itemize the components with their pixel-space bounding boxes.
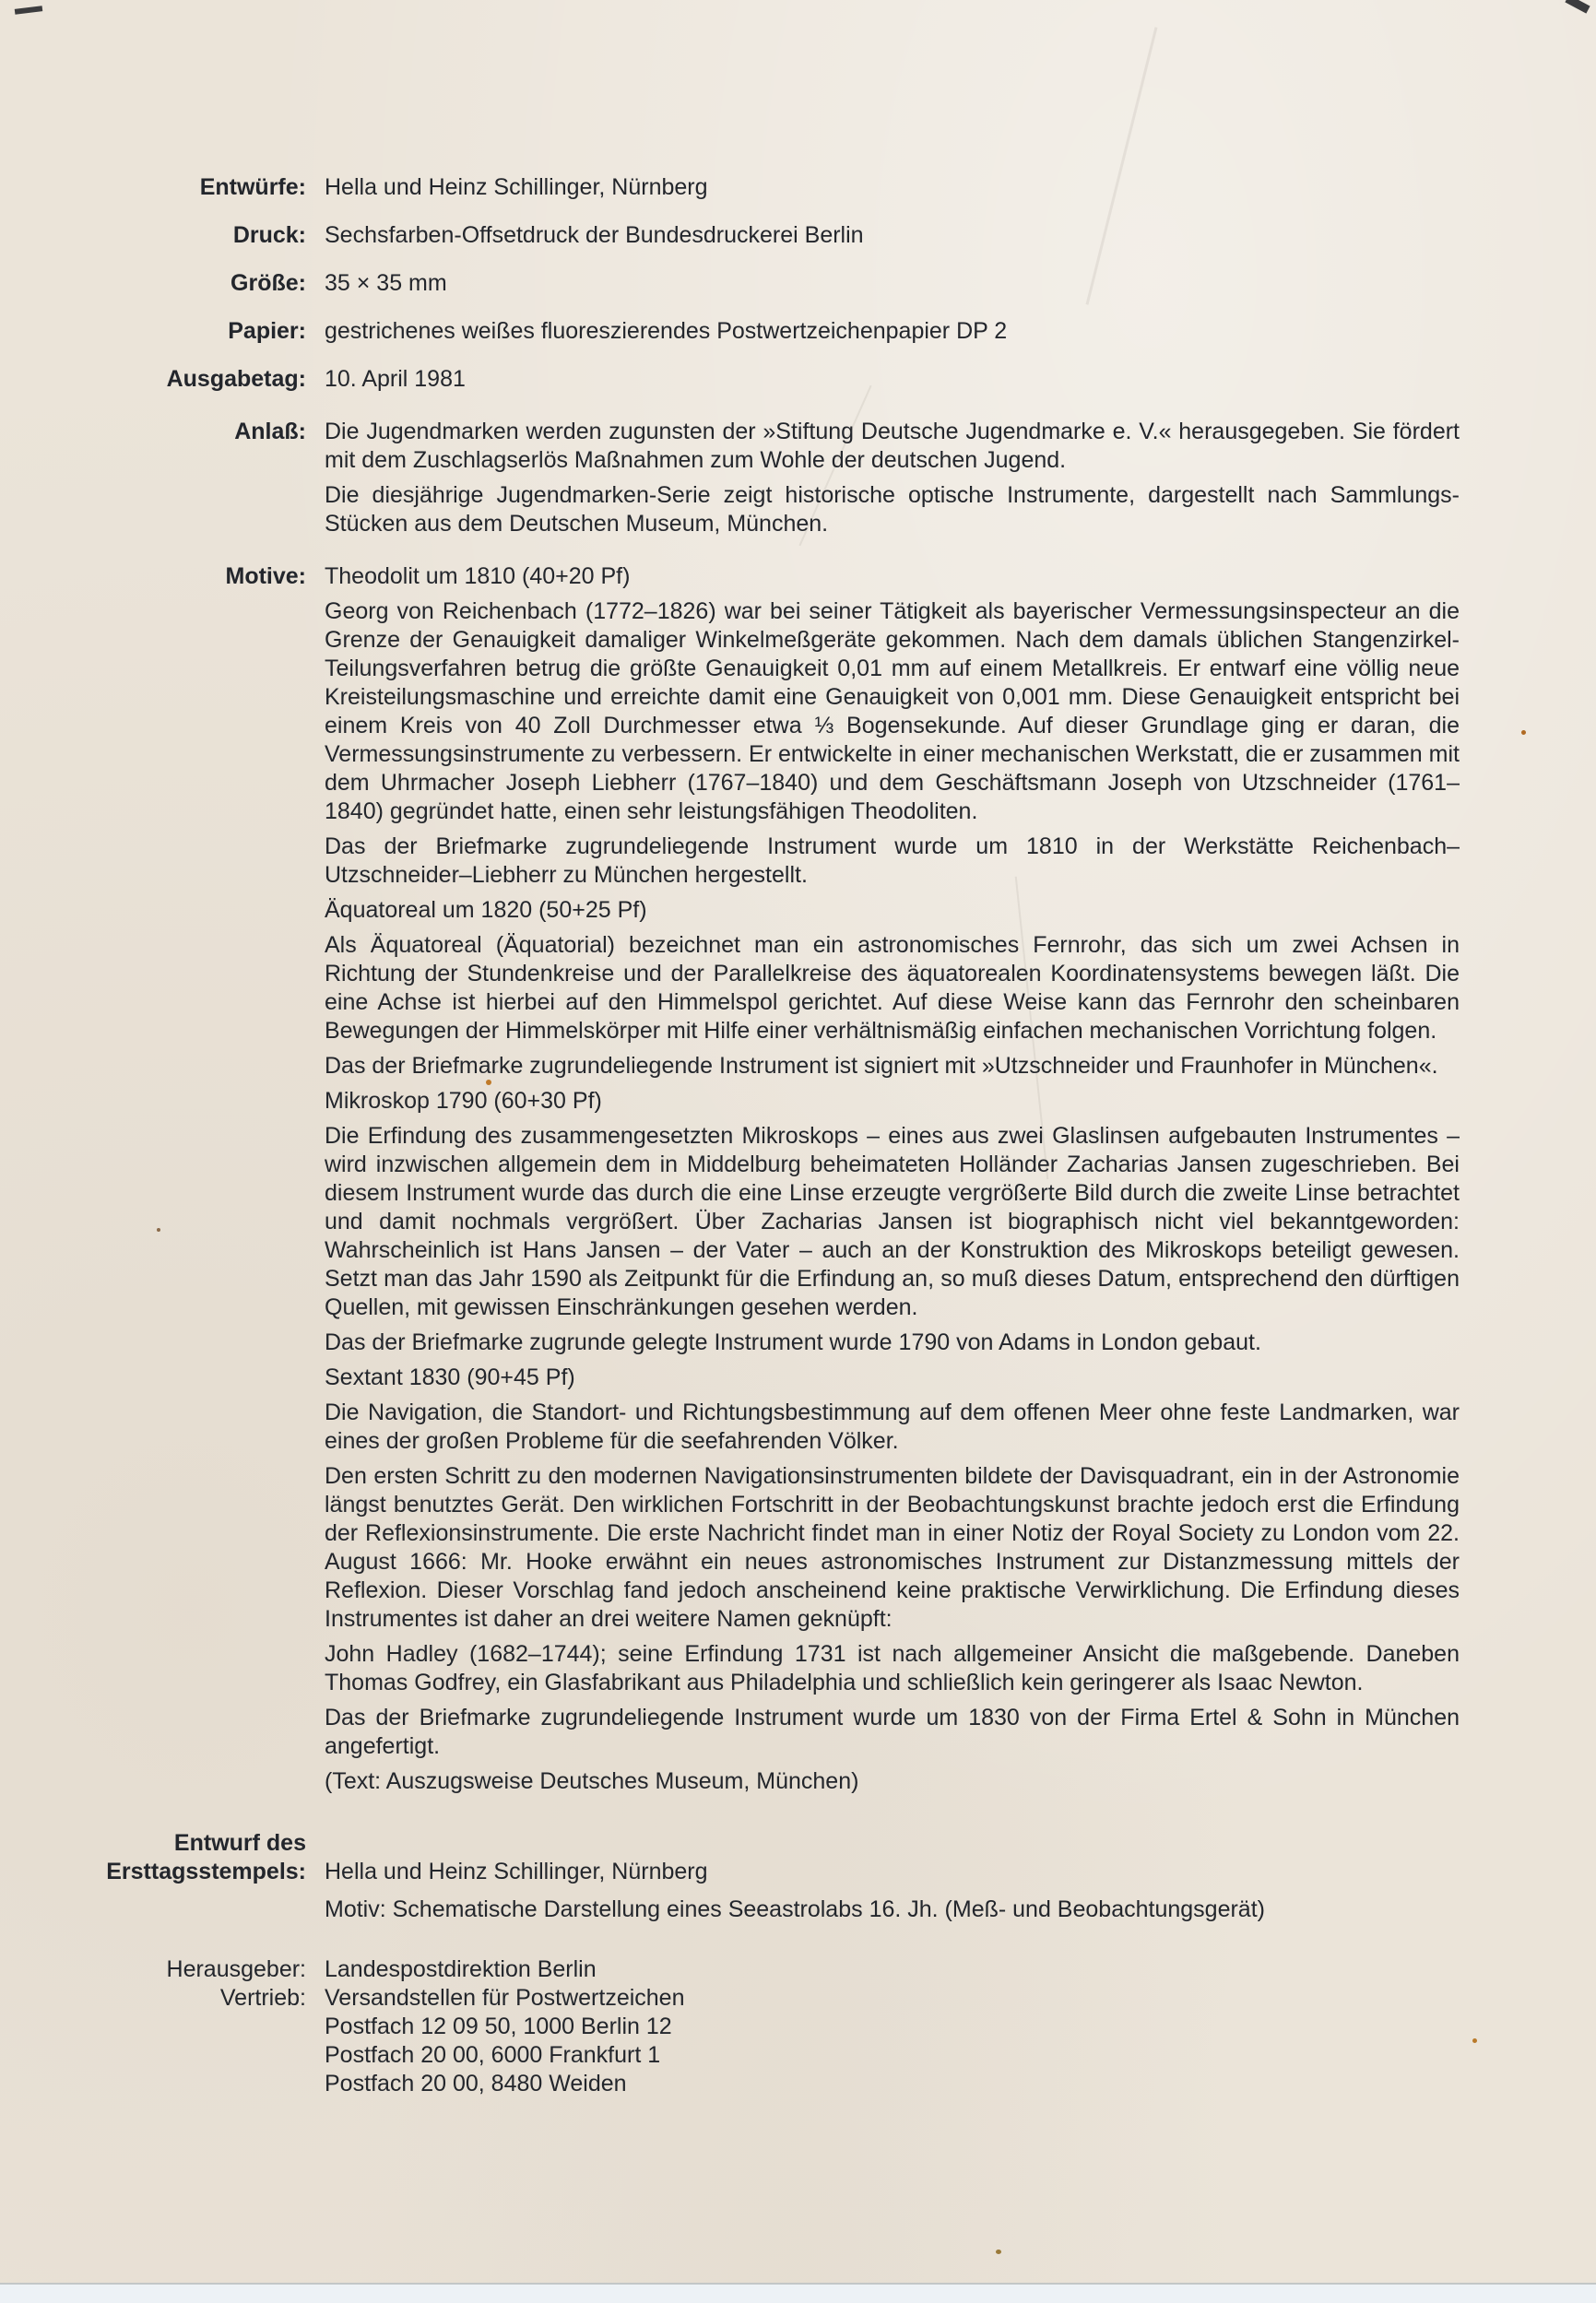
document-content: Entwürfe: Hella und Heinz Schillinger, N… xyxy=(0,0,1596,2098)
field-label-druck: Druck: xyxy=(0,221,306,250)
field-label-herausgeber: Herausgeber: xyxy=(0,1955,306,1984)
anlass-paragraph: Die diesjährige Jugendmarken-Serie zeigt… xyxy=(325,481,1460,538)
field-label-ausgabetag: Ausgabetag: xyxy=(0,365,306,394)
field-value-ausgabetag: 10. April 1981 xyxy=(325,365,1460,394)
section-paragraph: Das der Briefmarke zugrunde gelegte Inst… xyxy=(325,1329,1460,1357)
field-label-entwuerfe: Entwürfe: xyxy=(0,173,306,202)
field-label-motive: Motive: xyxy=(0,562,306,1796)
field-value-entwuerfe: Hella und Heinz Schillinger, Nürnberg xyxy=(325,173,1460,202)
row-entwuerfe: Entwürfe: Hella und Heinz Schillinger, N… xyxy=(0,173,1596,202)
section-paragraph: Die Navigation, die Standort- und Richtu… xyxy=(325,1399,1460,1456)
ersttagsstempel-text: Hella und Heinz Schillinger, Nürnberg Mo… xyxy=(325,1829,1460,1924)
document-page: Entwürfe: Hella und Heinz Schillinger, N… xyxy=(0,0,1596,2303)
field-label-papier: Papier: xyxy=(0,317,306,346)
row-vertrieb: Vertrieb: Versandstellen für Postwertzei… xyxy=(0,1984,1596,2013)
field-value-druck: Sechsfarben-Offsetdruck der Bundesdrucke… xyxy=(325,221,1460,250)
row-address: Postfach 20 00, 6000 Frankfurt 1 xyxy=(0,2041,1596,2070)
stempel-designer: Hella und Heinz Schillinger, Nürnberg xyxy=(325,1858,1460,1886)
section-paragraph: Das der Briefmarke zugrundeliegende Inst… xyxy=(325,833,1460,890)
text-credit: (Text: Auszugsweise Deutsches Museum, Mü… xyxy=(325,1767,1460,1796)
field-value-groesse: 35 × 35 mm xyxy=(325,269,1460,298)
row-motive: Motive: Theodolit um 1810 (40+20 Pf) Geo… xyxy=(0,562,1596,1796)
row-address: Postfach 20 00, 8480 Weiden xyxy=(0,2070,1596,2098)
row-ausgabetag: Ausgabetag: 10. April 1981 xyxy=(0,365,1596,394)
section-paragraph: Das der Briefmarke zugrundeliegende Inst… xyxy=(325,1704,1460,1761)
foxing-spot xyxy=(157,1228,160,1232)
address-line: Postfach 20 00, 6000 Frankfurt 1 xyxy=(325,2041,1460,2070)
section-paragraph: Die Erfindung des zusammengesetzten Mikr… xyxy=(325,1122,1460,1322)
stempel-motiv: Motiv: Schematische Darstellung eines Se… xyxy=(325,1896,1460,1924)
section-paragraph: Das der Briefmarke zugrundeliegende Inst… xyxy=(325,1052,1460,1081)
row-address: Postfach 12 09 50, 1000 Berlin 12 xyxy=(0,2013,1596,2041)
row-papier: Papier: gestrichenes weißes fluoresziere… xyxy=(0,317,1596,346)
row-ersttagsstempel: Entwurf des Ersttagsstempels: Hella und … xyxy=(0,1829,1596,1924)
motive-text: Theodolit um 1810 (40+20 Pf) Georg von R… xyxy=(325,562,1460,1796)
label-line-1: Entwurf des xyxy=(0,1829,306,1858)
field-label-vertrieb: Vertrieb: xyxy=(0,1984,306,2013)
section-heading-mikroskop: Mikroskop 1790 (60+30 Pf) xyxy=(325,1087,1460,1116)
scan-edge-strip xyxy=(0,2283,1596,2303)
address-line: Postfach 20 00, 8480 Weiden xyxy=(325,2070,1460,2098)
foxing-spot xyxy=(1472,2038,1477,2043)
field-label-anlass: Anlaß: xyxy=(0,418,306,538)
section-heading-theodolit: Theodolit um 1810 (40+20 Pf) xyxy=(325,562,1460,591)
section-paragraph: Den ersten Schritt zu den modernen Navig… xyxy=(325,1462,1460,1634)
row-groesse: Größe: 35 × 35 mm xyxy=(0,269,1596,298)
field-value-vertrieb: Versandstellen für Postwertzeichen xyxy=(325,1984,1460,2013)
foxing-spot xyxy=(1521,730,1526,735)
section-paragraph: Als Äquatoreal (Äquatorial) bezeichnet m… xyxy=(325,931,1460,1045)
row-herausgeber: Herausgeber: Landespostdirektion Berlin xyxy=(0,1955,1596,1984)
foxing-spot xyxy=(996,2250,1001,2254)
address-line: Postfach 12 09 50, 1000 Berlin 12 xyxy=(325,2013,1460,2041)
publisher-block: Herausgeber: Landespostdirektion Berlin … xyxy=(0,1955,1596,2098)
field-value-herausgeber: Landespostdirektion Berlin xyxy=(325,1955,1460,1984)
section-paragraph: Georg von Reichenbach (1772–1826) war be… xyxy=(325,597,1460,826)
field-label-groesse: Größe: xyxy=(0,269,306,298)
foxing-spot xyxy=(486,1080,491,1085)
row-druck: Druck: Sechsfarben-Offsetdruck der Bunde… xyxy=(0,221,1596,250)
field-label-ersttagsstempel: Entwurf des Ersttagsstempels: xyxy=(0,1829,306,1924)
anlass-text: Die Jugendmarken werden zugunsten der »S… xyxy=(325,418,1460,538)
section-heading-sextant: Sextant 1830 (90+45 Pf) xyxy=(325,1364,1460,1392)
label-line-2: Ersttagsstempels: xyxy=(0,1858,306,1886)
row-anlass: Anlaß: Die Jugendmarken werden zugunsten… xyxy=(0,418,1596,538)
field-value-papier: gestrichenes weißes fluoreszierendes Pos… xyxy=(325,317,1460,346)
anlass-paragraph: Die Jugendmarken werden zugunsten der »S… xyxy=(325,418,1460,475)
section-heading-aequatoreal: Äquatoreal um 1820 (50+25 Pf) xyxy=(325,896,1460,925)
section-paragraph: John Hadley (1682–1744); seine Erfindung… xyxy=(325,1640,1460,1697)
